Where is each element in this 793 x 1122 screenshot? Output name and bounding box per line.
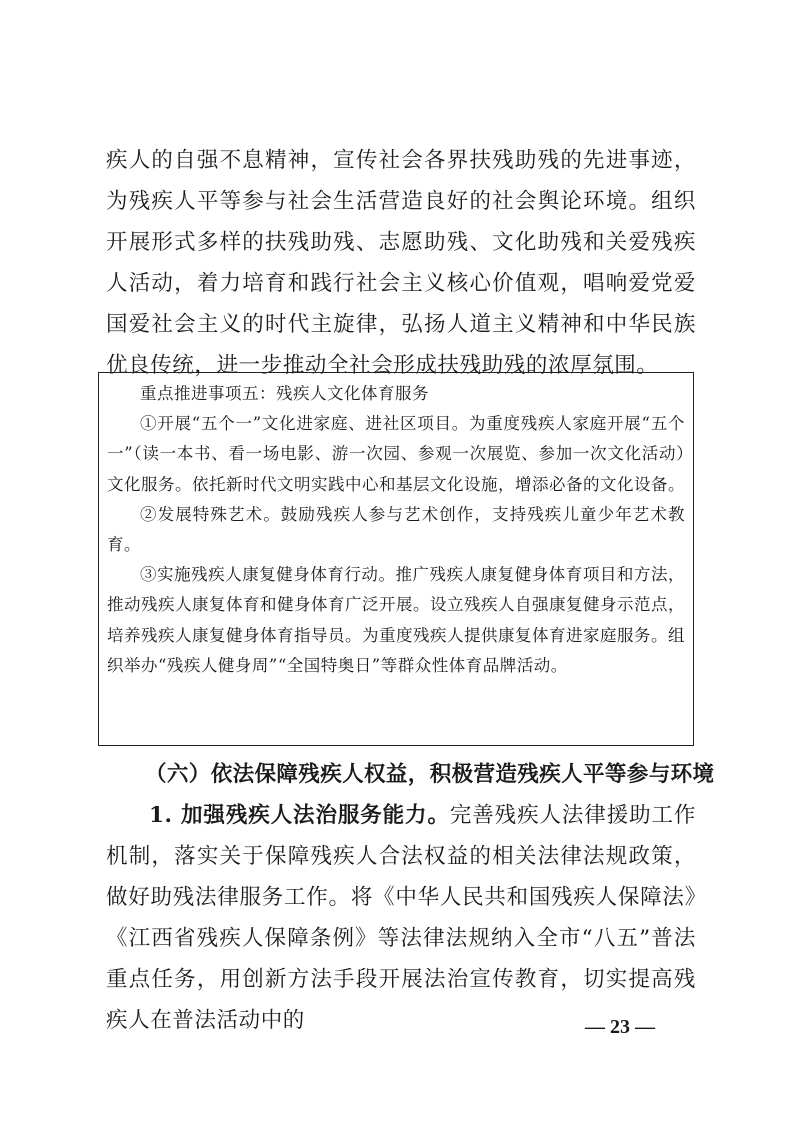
callout-item-1: ①开展“五个一”文化进家庭、进社区项目。为重度残疾人家庭开展“五个一”（读一本书… [107, 409, 685, 500]
callout-item-2: ②发展特殊艺术。鼓励残疾人参与艺术创作，支持残疾儿童少年艺术教育。 [107, 500, 685, 560]
subsection-paragraph: 1. 加强残疾人法治服务能力。完善残疾人法律援助工作机制，落实关于保障残疾人合法… [106, 795, 696, 1041]
callout-item-3: ③实施残疾人康复健身体育行动。推广残疾人康复健身体育项目和方法，推动残疾人康复体… [107, 560, 685, 681]
page-number: — 23 — [585, 1016, 655, 1039]
key-item-callout-box: 重点推进事项五：残疾人文化体育服务 ①开展“五个一”文化进家庭、进社区项目。为重… [98, 372, 694, 746]
section-heading: （六）依法保障残疾人权益，积极营造残疾人平等参与环境 [145, 754, 714, 795]
subsection-bold-lead: 1. 加强残疾人法治服务能力。 [149, 803, 450, 828]
subsection-text: 完善残疾人法律援助工作机制，落实关于保障残疾人合法权益的相关法律法规政策，做好助… [106, 803, 696, 1033]
intro-paragraph: 疾人的自强不息精神，宣传社会各界扶残助残的先进事迹，为残疾人平等参与社会生活营造… [106, 140, 696, 386]
callout-title: 重点推进事项五：残疾人文化体育服务 [107, 379, 685, 409]
document-page: 疾人的自强不息精神，宣传社会各界扶残助残的先进事迹，为残疾人平等参与社会生活营造… [0, 0, 793, 1122]
